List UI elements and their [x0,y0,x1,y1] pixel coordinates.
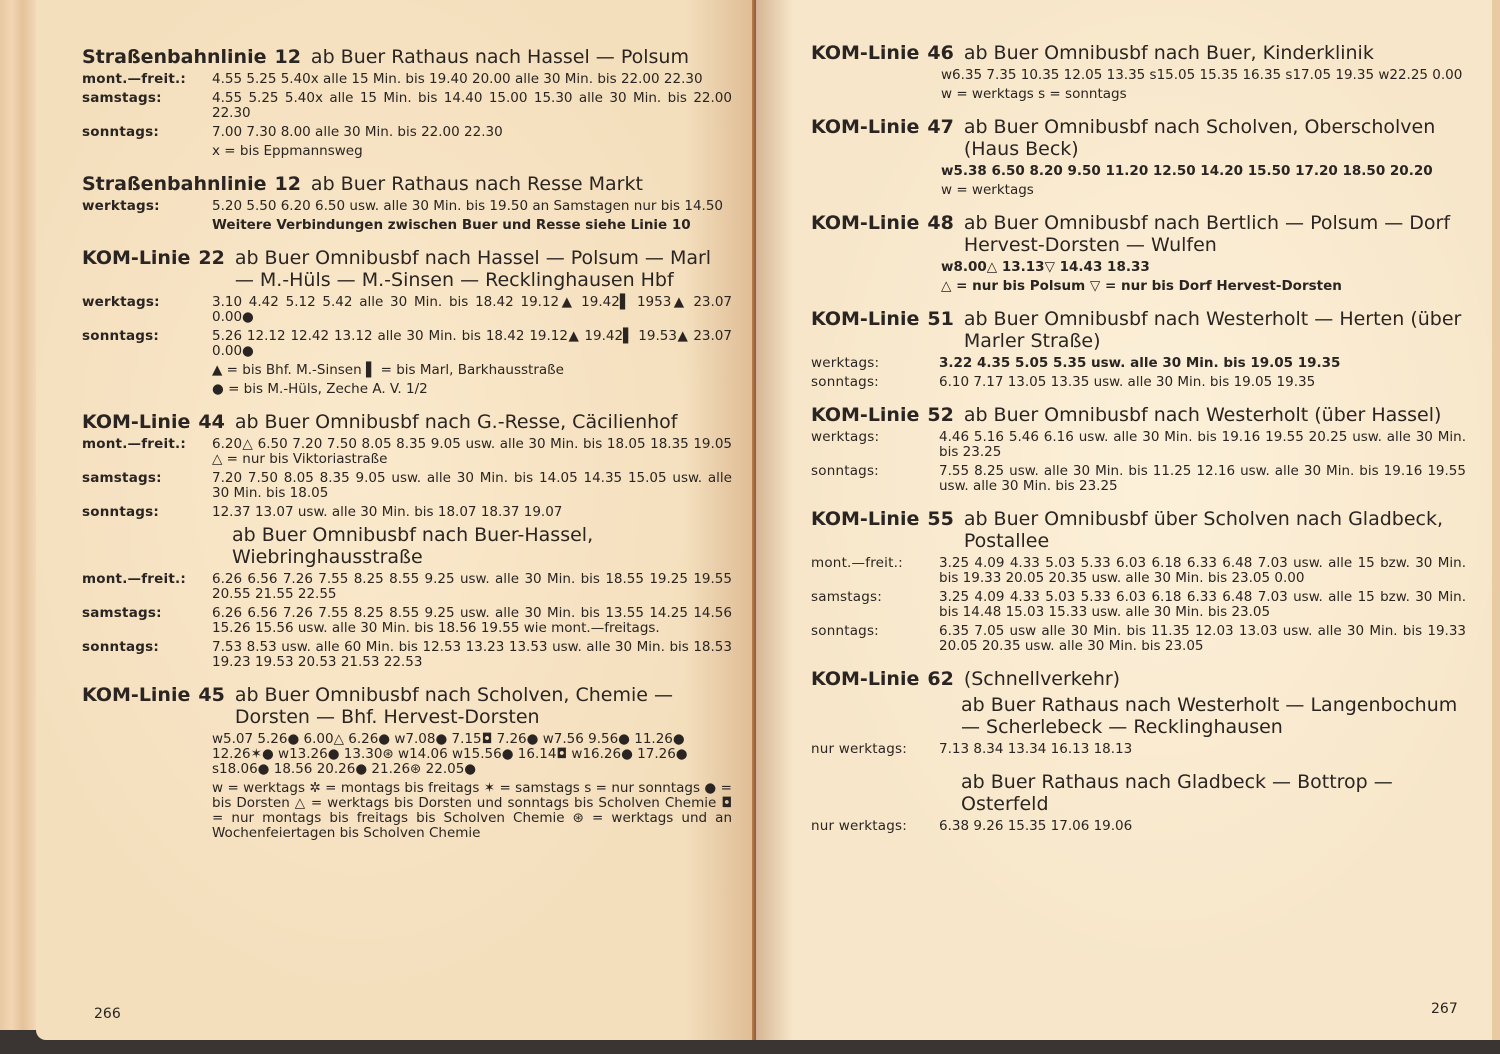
day-label: samstags: [82,606,212,636]
line-label: Straßenbahnlinie [82,46,266,68]
section-heading: KOM-Linie 52 ab Buer Omnibusbf nach West… [811,404,1466,426]
day-label: sonntags: [82,640,212,670]
day-label: sonntags: [82,125,212,140]
line-number: 48 [927,212,953,256]
day-label: sonntags: [811,464,939,494]
legend-note: w = werktags ✲ = montags bis freitags ✶ … [82,781,732,841]
line-label: KOM-Linie [811,116,919,160]
day-label: mont.—freit.: [82,437,212,467]
departure-times: 3.22 4.35 5.05 5.35 usw. alle 30 Min. bi… [939,356,1466,371]
departure-times: 5.26 12.12 12.42 13.12 alle 30 Min. bis … [212,329,732,359]
departure-times: 7.55 8.25 usw. alle 30 Min. bis 11.25 12… [939,464,1466,494]
day-label: samstags: [82,91,212,121]
right-page: KOM-Linie 46 ab Buer Omnibusbf nach Buer… [756,0,1492,1040]
section-heading: KOM-Linie 45 ab Buer Omnibusbf nach Scho… [82,684,732,728]
sub-route-destination: ab Buer Rathaus nach Gladbeck — Bottrop … [811,771,1466,815]
departure-times: 6.20△ 6.50 7.20 7.50 8.05 8.35 9.05 usw.… [212,437,732,467]
timetable-section: KOM-Linie 47 ab Buer Omnibusbf nach Scho… [811,116,1466,198]
timetable-section: KOM-Linie 52 ab Buer Omnibusbf nach West… [811,404,1466,494]
timetable-section: KOM-Linie 46 ab Buer Omnibusbf nach Buer… [811,42,1466,102]
departure-times: w6.35 7.35 10.35 12.05 13.35 s15.05 15.3… [811,68,1466,83]
departure-times: 7.53 8.53 usw. alle 60 Min. bis 12.53 13… [212,640,732,670]
timetable-section: KOM-Linie 44 ab Buer Omnibusbf nach G.-R… [82,411,732,670]
line-label: KOM-Linie [811,212,919,256]
day-label: werktags: [811,430,939,460]
schedule-row: sonntags: 7.53 8.53 usw. alle 60 Min. bi… [82,640,732,670]
line-label: KOM-Linie [82,247,190,291]
schedule-row: mont.—freit.: 4.55 5.25 5.40x alle 15 Mi… [82,72,732,87]
schedule-row: samstags: 7.20 7.50 8.05 8.35 9.05 usw. … [82,471,732,501]
section-heading: KOM-Linie 47 ab Buer Omnibusbf nach Scho… [811,116,1466,160]
day-label: werktags: [82,199,212,214]
departure-times: 3.25 4.09 4.33 5.03 5.33 6.03 6.18 6.33 … [939,590,1466,620]
schedule-row: werktags: 3.10 4.42 5.12 5.42 alle 30 Mi… [82,295,732,325]
section-heading: KOM-Linie 55 ab Buer Omnibusbf über Scho… [811,508,1466,552]
route-destination: ab Buer Omnibusbf nach Westerholt (über … [964,404,1466,426]
line-number: 12 [274,46,300,68]
timetable-section: KOM-Linie 62 (Schnellverkehr) ab Buer Ra… [811,668,1466,834]
departure-times: 6.38 9.26 15.35 17.06 19.06 [939,819,1466,834]
day-label: sonntags: [811,624,939,654]
timetable-section: KOM-Linie 55 ab Buer Omnibusbf über Scho… [811,508,1466,654]
departure-times: 12.37 13.07 usw. alle 30 Min. bis 18.07 … [212,505,732,520]
page-number: 267 [1431,1001,1458,1017]
departure-times: 7.20 7.50 8.05 8.35 9.05 usw. alle 30 Mi… [212,471,732,501]
schedule-row: werktags: 5.20 5.50 6.20 6.50 usw. alle … [82,199,732,214]
line-label: KOM-Linie [82,411,190,433]
route-destination: ab Buer Omnibusbf über Scholven nach Gla… [964,508,1466,552]
line-label: Straßenbahnlinie [82,173,266,195]
route-destination: (Schnellverkehr) [964,668,1466,690]
sub-route-destination: ab Buer Omnibusbf nach Buer-Hassel, Wieb… [82,524,732,568]
line-label: KOM-Linie [811,308,919,352]
left-page-content: Straßenbahnlinie 12 ab Buer Rathaus nach… [82,46,732,855]
day-label: samstags: [811,590,939,620]
route-destination: ab Buer Omnibusbf nach Buer, Kinderklini… [964,42,1466,64]
schedule-row: samstags: 4.55 5.25 5.40x alle 15 Min. b… [82,91,732,121]
line-label: KOM-Linie [811,404,919,426]
schedule-row: nur werktags: 6.38 9.26 15.35 17.06 19.0… [811,819,1466,834]
schedule-row: sonntags: 6.35 7.05 usw alle 30 Min. bis… [811,624,1466,654]
line-number: 44 [198,411,224,433]
route-destination: ab Buer Omnibusbf nach Hassel — Polsum —… [235,247,732,291]
page-stack-edge [0,0,38,1030]
timetable-section: KOM-Linie 22 ab Buer Omnibusbf nach Hass… [82,247,732,397]
section-heading: KOM-Linie 62 (Schnellverkehr) [811,668,1466,690]
page-stack-edge-right [1492,0,1500,1040]
schedule-row: sonntags: 7.55 8.25 usw. alle 30 Min. bi… [811,464,1466,494]
line-label: KOM-Linie [811,508,919,552]
section-heading: KOM-Linie 48 ab Buer Omnibusbf nach Bert… [811,212,1466,256]
section-heading: Straßenbahnlinie 12 ab Buer Rathaus nach… [82,173,732,195]
schedule-row: sonntags: 7.00 7.30 8.00 alle 30 Min. bi… [82,125,732,140]
timetable-section: Straßenbahnlinie 12 ab Buer Rathaus nach… [82,173,732,233]
section-heading: KOM-Linie 44 ab Buer Omnibusbf nach G.-R… [82,411,732,433]
section-heading: KOM-Linie 22 ab Buer Omnibusbf nach Hass… [82,247,732,291]
route-destination: ab Buer Omnibusbf nach Scholven, Obersch… [964,116,1466,160]
departure-times: 5.20 5.50 6.20 6.50 usw. alle 30 Min. bi… [212,199,732,214]
legend-note: ▲ = bis Bhf. M.-Sinsen ▌ = bis Marl, Bar… [82,363,732,378]
day-label: werktags: [82,295,212,325]
right-page-content: KOM-Linie 46 ab Buer Omnibusbf nach Buer… [811,42,1466,848]
route-destination: ab Buer Omnibusbf nach Westerholt — Hert… [964,308,1466,352]
day-label: sonntags: [82,329,212,359]
schedule-row: mont.—freit.: 6.20△ 6.50 7.20 7.50 8.05 … [82,437,732,467]
line-number: 52 [927,404,953,426]
day-label: mont.—freit.: [82,572,212,602]
departure-times: w5.07 5.26● 6.00△ 6.26● w7.08● 7.15◘ 7.2… [82,732,732,777]
route-destination: ab Buer Rathaus nach Hassel — Polsum [311,46,732,68]
left-page: Straßenbahnlinie 12 ab Buer Rathaus nach… [36,0,756,1040]
line-number: 46 [927,42,953,64]
day-label: sonntags: [811,375,939,390]
departure-times: 4.55 5.25 5.40x alle 15 Min. bis 14.40 1… [212,91,732,121]
schedule-row: samstags: 6.26 6.56 7.26 7.55 8.25 8.55 … [82,606,732,636]
line-label: KOM-Linie [811,42,919,64]
schedule-row: nur werktags: 7.13 8.34 13.34 16.13 18.1… [811,742,1466,757]
schedule-row: werktags: 3.22 4.35 5.05 5.35 usw. alle … [811,356,1466,371]
legend-note: w = werktags [811,183,1466,198]
departure-times: 6.26 6.56 7.26 7.55 8.25 8.55 9.25 usw. … [212,606,732,636]
line-number: 47 [927,116,953,160]
departure-times: 3.10 4.42 5.12 5.42 alle 30 Min. bis 18.… [212,295,732,325]
line-number: 12 [274,173,300,195]
departure-times: 4.55 5.25 5.40x alle 15 Min. bis 19.40 2… [212,72,732,87]
timetable-section: KOM-Linie 51 ab Buer Omnibusbf nach West… [811,308,1466,390]
schedule-row: sonntags: 5.26 12.12 12.42 13.12 alle 30… [82,329,732,359]
legend-note: ● = bis M.-Hüls, Zeche A. V. 1/2 [82,382,732,397]
departure-times: 6.10 7.17 13.05 13.35 usw. alle 30 Min. … [939,375,1466,390]
line-label: KOM-Linie [811,668,919,690]
line-number: 22 [198,247,224,291]
section-heading: KOM-Linie 51 ab Buer Omnibusbf nach West… [811,308,1466,352]
day-label: nur werktags: [811,742,939,757]
departure-times: 6.35 7.05 usw alle 30 Min. bis 11.35 12.… [939,624,1466,654]
legend-note: w = werktags s = sonntags [811,87,1466,102]
timetable-section: KOM-Linie 45 ab Buer Omnibusbf nach Scho… [82,684,732,841]
day-label: sonntags: [82,505,212,520]
schedule-row: mont.—freit.: 3.25 4.09 4.33 5.03 5.33 6… [811,556,1466,586]
day-label: werktags: [811,356,939,371]
timetable-section: KOM-Linie 48 ab Buer Omnibusbf nach Bert… [811,212,1466,294]
departure-times: 3.25 4.09 4.33 5.03 5.33 6.03 6.18 6.33 … [939,556,1466,586]
section-heading: Straßenbahnlinie 12 ab Buer Rathaus nach… [82,46,732,68]
legend-note: △ = nur bis Polsum ▽ = nur bis Dorf Herv… [811,279,1466,294]
departure-times: 7.13 8.34 13.34 16.13 18.13 [939,742,1466,757]
line-label: KOM-Linie [82,684,190,728]
route-destination: ab Buer Omnibusbf nach G.-Resse, Cäcilie… [235,411,732,433]
schedule-row: sonntags: 12.37 13.07 usw. alle 30 Min. … [82,505,732,520]
day-label: nur werktags: [811,819,939,834]
line-number: 45 [198,684,224,728]
day-label: samstags: [82,471,212,501]
route-destination: ab Buer Omnibusbf nach Bertlich — Polsum… [964,212,1466,256]
departure-times: w5.38 6.50 8.20 9.50 11.20 12.50 14.20 1… [811,164,1466,179]
schedule-row: werktags: 4.46 5.16 5.46 6.16 usw. alle … [811,430,1466,460]
departure-times: 4.46 5.16 5.46 6.16 usw. alle 30 Min. bi… [939,430,1466,460]
departure-times: 6.26 6.56 7.26 7.55 8.25 8.55 9.25 usw. … [212,572,732,602]
departure-times: w8.00△ 13.13▽ 14.43 18.33 [811,260,1466,275]
departure-times: 7.00 7.30 8.00 alle 30 Min. bis 22.00 22… [212,125,732,140]
line-number: 55 [927,508,953,552]
timetable-section: Straßenbahnlinie 12 ab Buer Rathaus nach… [82,46,732,159]
line-number: 51 [927,308,953,352]
day-label: mont.—freit.: [811,556,939,586]
legend-note: x = bis Eppmannsweg [82,144,732,159]
legend-note: Weitere Verbindungen zwischen Buer und R… [82,218,732,233]
route-destination: ab Buer Omnibusbf nach Scholven, Chemie … [235,684,732,728]
sub-route-destination: ab Buer Rathaus nach Westerholt — Langen… [811,694,1466,738]
route-destination: ab Buer Rathaus nach Resse Markt [311,173,732,195]
section-heading: KOM-Linie 46 ab Buer Omnibusbf nach Buer… [811,42,1466,64]
line-number: 62 [927,668,953,690]
day-label: mont.—freit.: [82,72,212,87]
open-book: Straßenbahnlinie 12 ab Buer Rathaus nach… [0,0,1500,1040]
schedule-row: mont.—freit.: 6.26 6.56 7.26 7.55 8.25 8… [82,572,732,602]
schedule-row: sonntags: 6.10 7.17 13.05 13.35 usw. all… [811,375,1466,390]
schedule-row: samstags: 3.25 4.09 4.33 5.03 5.33 6.03 … [811,590,1466,620]
page-number: 266 [94,1006,121,1022]
